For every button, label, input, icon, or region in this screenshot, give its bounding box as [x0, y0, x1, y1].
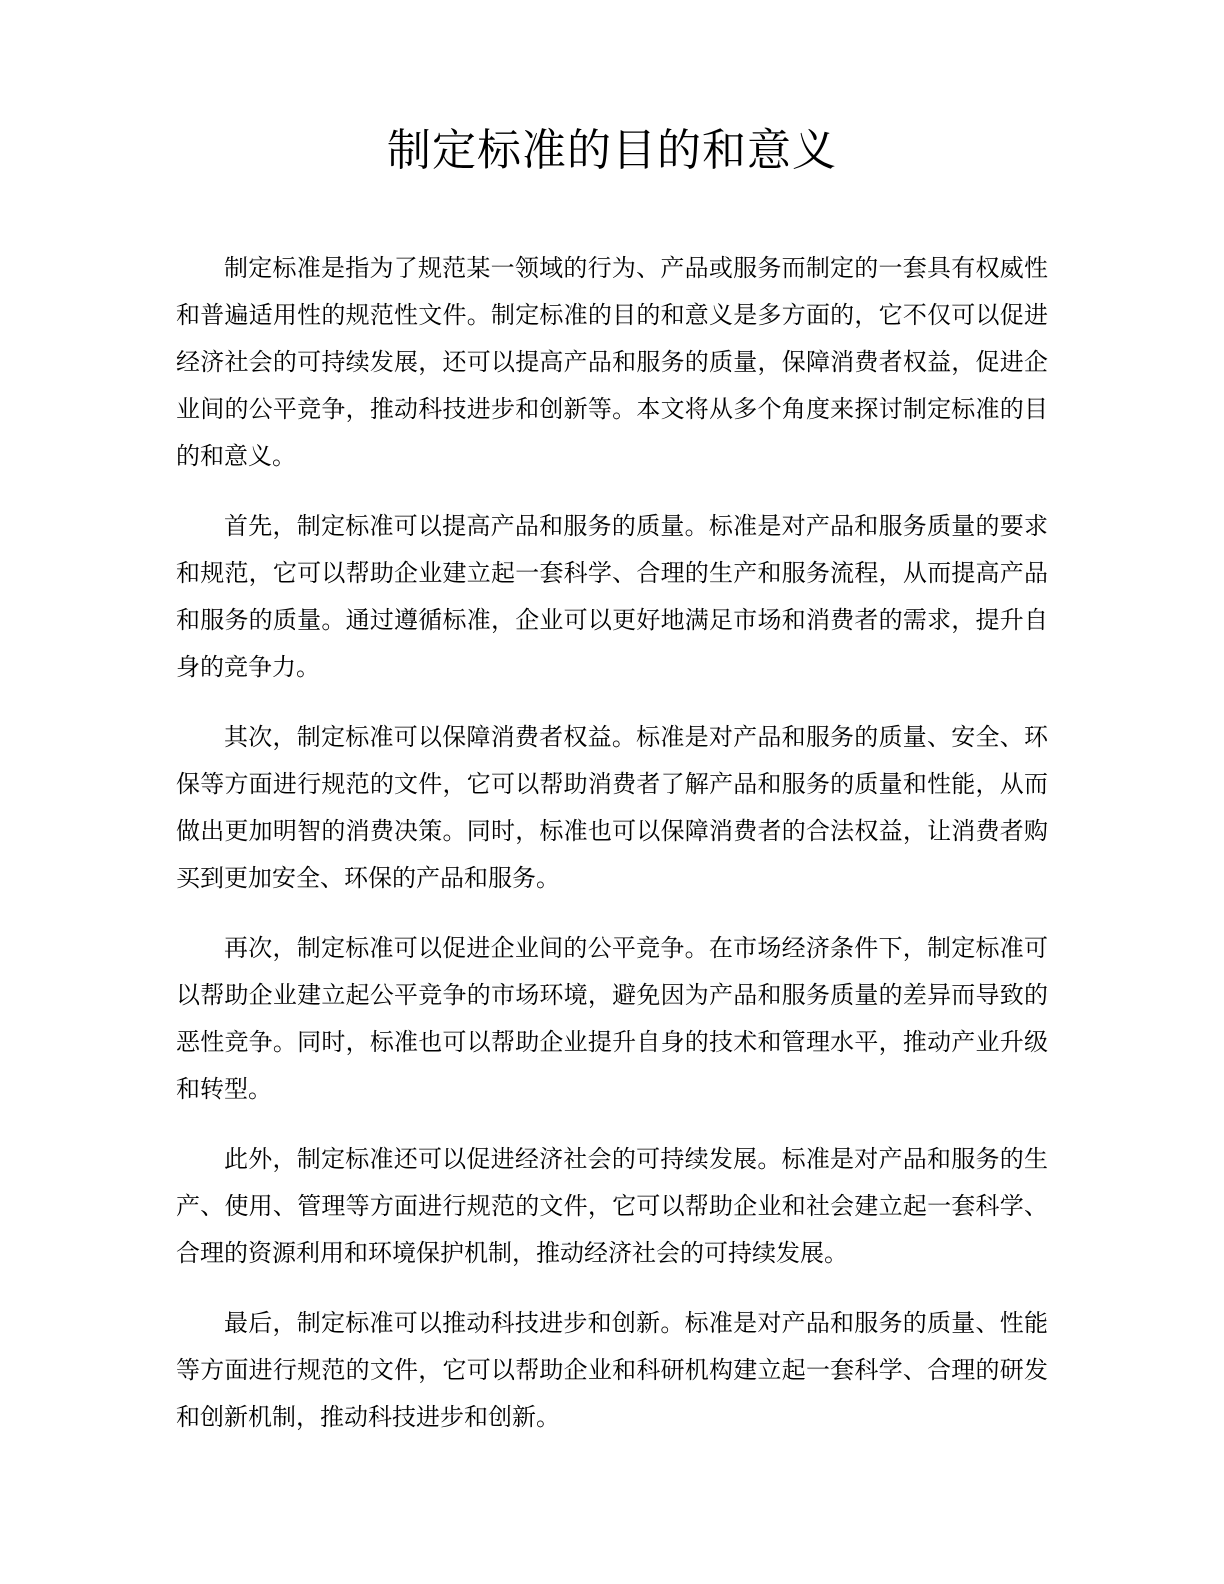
paragraph-tech-innovation: 最后，制定标准可以推动科技进步和创新。标准是对产品和服务的质量、性能等方面进行规… — [176, 1301, 1048, 1442]
paragraph-consumer-rights: 其次，制定标准可以保障消费者权益。标准是对产品和服务的质量、安全、环保等方面进行… — [176, 715, 1048, 903]
document-title: 制定标准的目的和意义 — [176, 123, 1048, 178]
document-body: 制定标准是指为了规范某一领域的行为、产品或服务而制定的一套具有权威性和普遍适用性… — [176, 246, 1048, 1442]
paragraph-sustainable-development: 此外，制定标准还可以促进经济社会的可持续发展。标准是对产品和服务的生产、使用、管… — [176, 1137, 1048, 1278]
paragraph-fair-competition: 再次，制定标准可以促进企业间的公平竞争。在市场经济条件下，制定标准可以帮助企业建… — [176, 926, 1048, 1114]
paragraph-quality: 首先，制定标准可以提高产品和服务的质量。标准是对产品和服务质量的要求和规范，它可… — [176, 504, 1048, 692]
paragraph-intro: 制定标准是指为了规范某一领域的行为、产品或服务而制定的一套具有权威性和普遍适用性… — [176, 246, 1048, 481]
document-page: 制定标准的目的和意义 制定标准是指为了规范某一领域的行为、产品或服务而制定的一套… — [0, 0, 1224, 1584]
